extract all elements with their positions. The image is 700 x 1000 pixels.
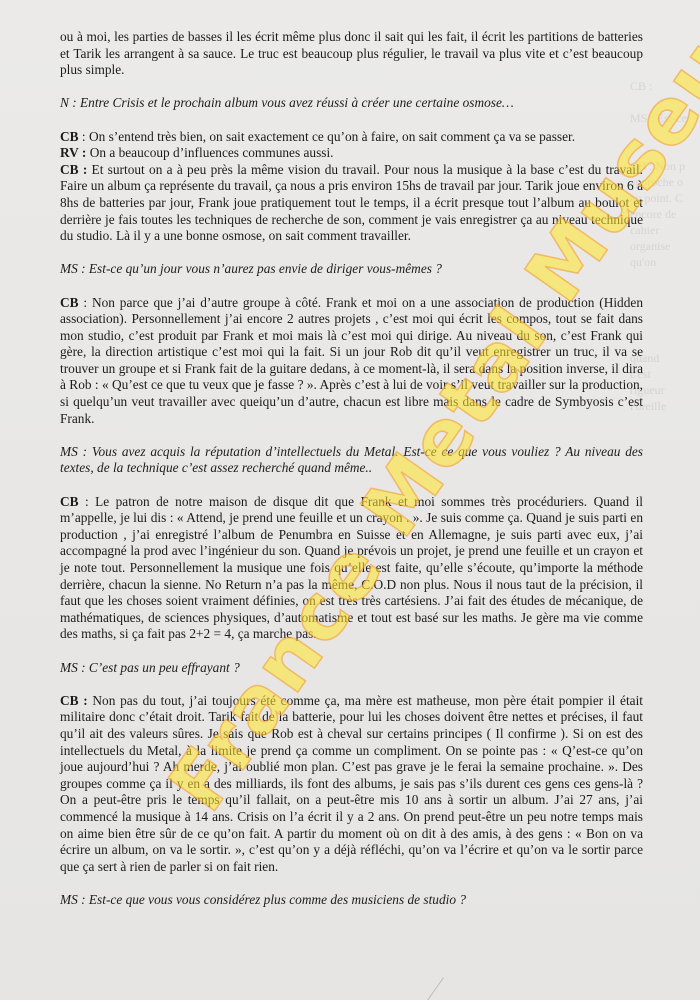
question-text: N : Entre Crisis et le prochain album vo… [60, 95, 514, 110]
answer-rv-influences: RV : On a beaucoup d’influences communes… [60, 145, 643, 162]
speaker-separator: : [79, 145, 90, 160]
answer-text: On s’entend très bien, on sait exactemen… [89, 129, 575, 144]
scanned-page: CB : MS : Est-ce CB : Non papproche oau … [0, 0, 700, 1000]
answer-text: Et surtout on a à peu près la même visio… [60, 162, 643, 243]
question-text: MS : Vous avez acquis la réputation d’in… [60, 444, 643, 476]
paragraph-continuation: ou à moi, les parties de basses il les é… [60, 29, 643, 79]
speaker-label: RV [60, 145, 79, 160]
question-diriger: MS : Est-ce qu’un jour vous n’aurez pas … [60, 261, 643, 278]
answer-text: Le patron de notre maison de disque dit … [60, 494, 643, 642]
question-intellectuels: MS : Vous avez acquis la réputation d’in… [60, 444, 643, 477]
answer-cb-production: CB : Non parce que j’ai d’autre groupe à… [60, 295, 643, 428]
speaker-separator: : [79, 693, 93, 708]
speaker-label: CB [60, 693, 79, 708]
answer-cb-matheuse: CB : Non pas du tout, j’ai toujours été … [60, 693, 643, 876]
question-effrayant: MS : C’est pas un peu effrayant ? [60, 660, 643, 677]
question-text: MS : Est-ce que vous vous considérez plu… [60, 892, 466, 907]
speaker-label: CB [60, 162, 79, 177]
answer-cb-entend: CB : On s’entend très bien, on sait exac… [60, 129, 643, 146]
answer-text: Non parce que j’ai d’autre groupe à côté… [60, 295, 643, 426]
answer-text: Non pas du tout, j’ai toujours été comme… [60, 693, 643, 874]
speaker-separator: : [79, 494, 96, 509]
speaker-label: CB [60, 494, 79, 509]
interview-body: ou à moi, les parties de basses il les é… [60, 29, 643, 908]
question-osmose: N : Entre Crisis et le prochain album vo… [60, 95, 643, 112]
scan-scratch-mark [427, 977, 444, 1000]
speaker-separator: : [79, 295, 92, 310]
question-text: MS : C’est pas un peu effrayant ? [60, 660, 240, 675]
speaker-separator: : [79, 162, 92, 177]
answer-cb-vision: CB : Et surtout on a à peu près la même … [60, 162, 643, 245]
paragraph-text: ou à moi, les parties de basses il les é… [60, 29, 643, 77]
speaker-separator: : [79, 129, 89, 144]
answer-text: On a beaucoup d’influences communes auss… [90, 145, 334, 160]
question-text: MS : Est-ce qu’un jour vous n’aurez pas … [60, 261, 442, 276]
speaker-label: CB [60, 129, 79, 144]
question-musiciens-studio: MS : Est-ce que vous vous considérez plu… [60, 892, 643, 909]
speaker-label: CB [60, 295, 79, 310]
answer-cb-proceduriers: CB : Le patron de notre maison de disque… [60, 494, 643, 643]
